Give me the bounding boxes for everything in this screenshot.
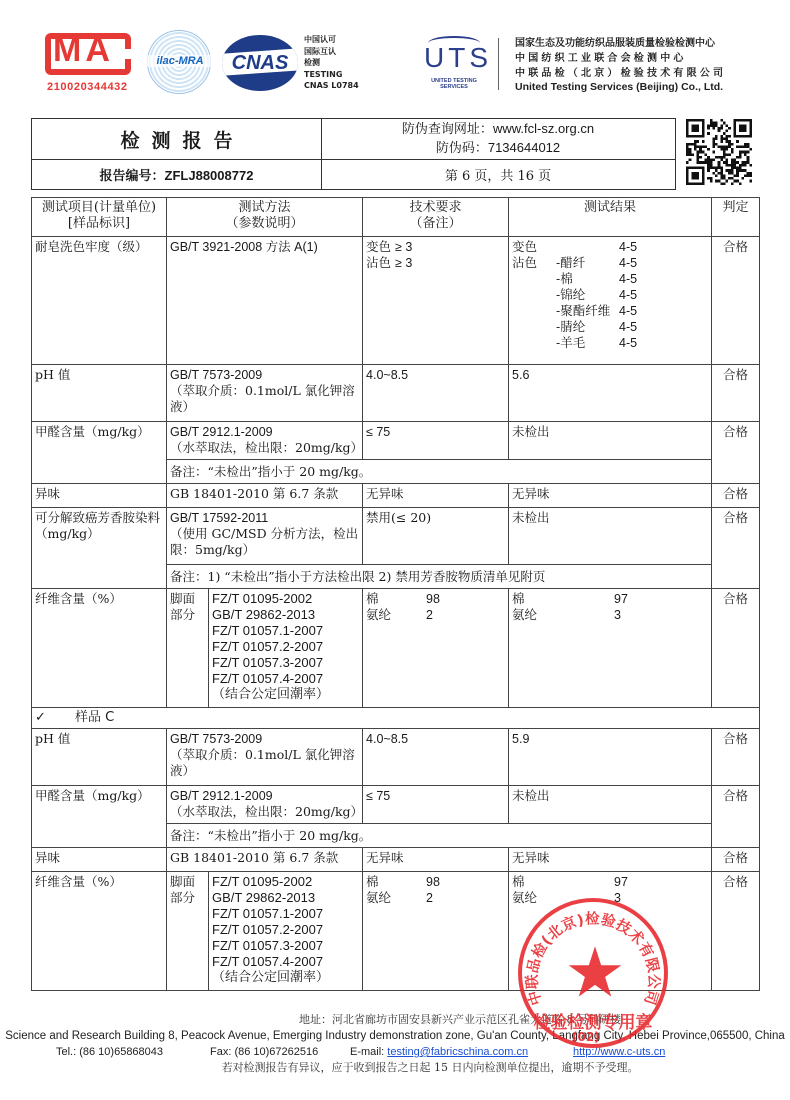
result: 5.6 xyxy=(509,365,712,422)
test-item: 异味 xyxy=(32,484,167,508)
website-link[interactable]: http://www.c-uts.cn xyxy=(573,1044,665,1060)
fiber-percent: 3 xyxy=(614,890,621,906)
result-line: 变色4-5 xyxy=(512,239,708,255)
table-row: 耐皂洗色牢度（级） GB/T 3921-2008 方法 A(1) 变色 ≥ 3 … xyxy=(32,237,760,365)
verdict: 合格 xyxy=(712,422,760,484)
verdict: 合格 xyxy=(712,365,760,422)
verdict: 合格 xyxy=(712,848,760,872)
result-fiber: -锦纶 xyxy=(556,287,619,303)
fiber-name: 氨纶 xyxy=(512,607,614,623)
verify-url-label: 防伪查询网址： xyxy=(402,122,493,137)
uts-logo-letters: UTS xyxy=(424,42,492,74)
result-grade: 4-5 xyxy=(619,335,637,351)
fiber-percent: 98 xyxy=(426,874,440,890)
fiber-name: 棉 xyxy=(366,874,426,890)
result-category: 变色 xyxy=(512,239,556,255)
result: 变色4-5沾色-醋纤4-5-棉4-5-锦纶4-5-聚酯纤维4-5-腈纶4-5-羊… xyxy=(509,237,712,365)
test-item: pH 值 xyxy=(32,729,167,786)
standard-code: GB/T 29862-2013 xyxy=(212,890,359,906)
result: 未检出 xyxy=(509,508,712,565)
test-item: 可分解致癌芳香胺染料（mg/kg） xyxy=(32,508,167,589)
result-grade: 4-5 xyxy=(619,287,637,303)
fiber-line: 氨纶2 xyxy=(366,607,505,623)
fiber-name: 棉 xyxy=(512,874,614,890)
test-method: GB/T 2912.1-2009（水萃取法，检出限：20mg/kg） xyxy=(167,786,363,824)
result-line: -羊毛4-5 xyxy=(512,335,708,351)
standard-code: FZ/T 01057.2-2007 xyxy=(212,922,359,938)
fax: Fax: (86 10)67262516 xyxy=(210,1044,318,1060)
column-header-test-method: 测试方法（参数说明） xyxy=(167,198,363,237)
report-number-label: 报告编号： xyxy=(100,169,165,184)
standard-code: FZ/T 01057.4-2007 xyxy=(212,954,359,970)
sample-section-header: ✓样品 C xyxy=(32,708,760,729)
standard-code: FZ/T 01057.3-2007 xyxy=(212,655,359,671)
cma-number: 210020344432 xyxy=(47,81,128,93)
standard-note: （结合公定回潮率） xyxy=(212,970,359,986)
ilac-mra-logo: ilac-MRA xyxy=(147,30,211,94)
test-method: GB/T 2912.1-2009（水萃取法，检出限：20mg/kg） xyxy=(167,422,363,460)
table-row: 纤维含量（%） 脚面部分 FZ/T 01095-2002GB/T 29862-2… xyxy=(32,872,760,991)
verdict: 合格 xyxy=(712,484,760,508)
result: 无异味 xyxy=(509,848,712,872)
result-line: 沾色-醋纤4-5 xyxy=(512,255,708,271)
fiber-percent: 97 xyxy=(614,874,628,890)
verdict: 合格 xyxy=(712,729,760,786)
test-method: GB 18401-2010 第 6.7 条款 xyxy=(167,848,363,872)
result: 未检出 xyxy=(509,422,712,460)
table-header-row: 测试项目(计量单位)[样品标识] 测试方法（参数说明） 技术要求（备注） 测试结… xyxy=(32,198,760,237)
cnas-info-line: CNAS L0784 xyxy=(304,80,359,92)
result-grade: 4-5 xyxy=(619,255,637,271)
table-row: 纤维含量（%） 脚面部分 FZ/T 01095-2002GB/T 29862-2… xyxy=(32,589,760,708)
result-grade: 4-5 xyxy=(619,303,637,319)
requirement: 无异味 xyxy=(363,848,509,872)
test-method: FZ/T 01095-2002GB/T 29862-2013FZ/T 01057… xyxy=(209,872,363,991)
fiber-percent: 2 xyxy=(426,890,433,906)
checkmark-icon: ✓ xyxy=(35,710,75,726)
test-item: 耐皂洗色牢度（级） xyxy=(32,237,167,365)
fiber-name: 棉 xyxy=(366,591,426,607)
requirement: 棉98氨纶2 xyxy=(363,589,509,708)
result: 无异味 xyxy=(509,484,712,508)
fiber-percent: 98 xyxy=(426,591,440,607)
table-row: pH 值 GB/T 7573-2009（萃取介质：0.1mol/L 氯化钾溶液）… xyxy=(32,729,760,786)
result-fiber: -腈纶 xyxy=(556,319,619,335)
result-category xyxy=(512,287,556,303)
requirement: 无异味 xyxy=(363,484,509,508)
uts-logo: UTS UNITED TESTING SERVICES xyxy=(420,30,488,96)
sample-c-label: ✓样品 C xyxy=(32,708,760,729)
org-name-line: 中联品检（北京）检验技术有限公司 xyxy=(515,66,726,81)
anti-fake-info: 防伪查询网址：www.fcl-sz.org.cn 防伪码：7134644012 xyxy=(402,120,594,158)
cnas-info-line: 国际互认 xyxy=(304,46,359,58)
telephone: Tel.: (86 10)65868043 xyxy=(56,1044,163,1060)
test-results-table: 测试项目(计量单位)[样品标识] 测试方法（参数说明） 技术要求（备注） 测试结… xyxy=(31,197,760,991)
cma-logo-text: MA xyxy=(53,31,114,70)
fiber-name: 氨纶 xyxy=(512,890,614,906)
result: 棉97氨纶3 xyxy=(509,589,712,708)
result-fiber xyxy=(556,239,619,255)
column-header-result: 测试结果 xyxy=(509,198,712,237)
result-line: -棉4-5 xyxy=(512,271,708,287)
test-item: 甲醛含量（mg/kg） xyxy=(32,422,167,484)
report-number-value: ZFLJ88008772 xyxy=(165,168,254,183)
verdict: 合格 xyxy=(712,786,760,848)
requirement: ≤ 75 xyxy=(363,422,509,460)
fiber-name: 氨纶 xyxy=(366,607,426,623)
verdict: 合格 xyxy=(712,237,760,365)
requirement: 4.0~8.5 xyxy=(363,729,509,786)
sample-part: 脚面部分 xyxy=(167,872,209,991)
logo-divider xyxy=(498,38,499,90)
column-header-requirement: 技术要求（备注） xyxy=(363,198,509,237)
test-item: 纤维含量（%） xyxy=(32,589,167,708)
dispute-notice: 若对检测报告有异议，应于收到报告之日起 15 日内向检测单位提出，逾期不予受理。 xyxy=(0,1060,790,1076)
result: 棉97氨纶3 xyxy=(509,872,712,991)
page-info: 第 6 页，共 16 页 xyxy=(445,165,551,184)
standard-note: （结合公定回潮率） xyxy=(212,687,359,703)
cma-logo: MA 210020344432 xyxy=(45,33,135,95)
fiber-line: 棉98 xyxy=(366,874,505,890)
table-row: pH 值 GB/T 7573-2009（萃取介质：0.1mol/L 氯化钾溶液）… xyxy=(32,365,760,422)
qr-code-icon[interactable] xyxy=(686,119,752,185)
cnas-info-line: TESTING xyxy=(304,69,359,81)
anti-fake-label: 防伪码： xyxy=(436,141,488,156)
fiber-percent: 2 xyxy=(426,607,433,623)
fiber-line: 氨纶3 xyxy=(512,607,708,623)
requirement: ≤ 75 xyxy=(363,786,509,824)
test-method: FZ/T 01095-2002GB/T 29862-2013FZ/T 01057… xyxy=(209,589,363,708)
test-item: pH 值 xyxy=(32,365,167,422)
organization-names: 国家生态及功能纺织品服装质量检验检测中心 中国纺织工业联合会检测中心 中联品检（… xyxy=(515,36,726,93)
standard-code: FZ/T 01057.2-2007 xyxy=(212,639,359,655)
fiber-line: 氨纶3 xyxy=(512,890,708,906)
cnas-logo-text: CNAS xyxy=(222,52,298,75)
result: 5.9 xyxy=(509,729,712,786)
sample-part: 脚面部分 xyxy=(167,589,209,708)
test-item: 异味 xyxy=(32,848,167,872)
remark: 备注：“未检出”指小于 20 mg/kg。 xyxy=(167,824,712,848)
cnas-accreditation-info: 中国认可 国际互认 检测 TESTING CNAS L0784 xyxy=(304,34,359,92)
result-category xyxy=(512,271,556,287)
table-row: 异味 GB 18401-2010 第 6.7 条款 无异味 无异味 合格 xyxy=(32,848,760,872)
verdict: 合格 xyxy=(712,872,760,991)
cnas-info-line: 中国认可 xyxy=(304,34,359,46)
test-method: GB/T 3921-2008 方法 A(1) xyxy=(167,237,363,365)
standard-code: FZ/T 01057.4-2007 xyxy=(212,671,359,687)
remark: 备注：1) “未检出”指小于方法检出限 2) 禁用芳香胺物质清单见附页 xyxy=(167,565,712,589)
standard-code: FZ/T 01057.3-2007 xyxy=(212,938,359,954)
fiber-percent: 3 xyxy=(614,607,621,623)
result-line: -聚酯纤维4-5 xyxy=(512,303,708,319)
verify-url-link[interactable]: www.fcl-sz.org.cn xyxy=(493,121,594,136)
result-fiber: -聚酯纤维 xyxy=(556,303,619,319)
uts-logo-subtitle: UNITED TESTING SERVICES xyxy=(420,78,488,90)
result-grade: 4-5 xyxy=(619,239,637,255)
standard-code: FZ/T 01095-2002 xyxy=(212,874,359,890)
result-line: -锦纶4-5 xyxy=(512,287,708,303)
requirement: 4.0~8.5 xyxy=(363,365,509,422)
test-method: GB/T 7573-2009（萃取介质：0.1mol/L 氯化钾溶液） xyxy=(167,365,363,422)
address-en: Science and Research Building 8, Peacock… xyxy=(0,1028,790,1044)
result-fiber: -羊毛 xyxy=(556,335,619,351)
standard-code: FZ/T 01057.1-2007 xyxy=(212,906,359,922)
fiber-name: 氨纶 xyxy=(366,890,426,906)
ilac-logo-text: ilac-MRA xyxy=(144,55,216,67)
result: 未检出 xyxy=(509,786,712,824)
result-category: 沾色 xyxy=(512,255,556,271)
column-header-test-item: 测试项目(计量单位)[样品标识] xyxy=(32,198,167,237)
result-category xyxy=(512,303,556,319)
fiber-line: 氨纶2 xyxy=(366,890,505,906)
result-category xyxy=(512,319,556,335)
logo-header: MA 210020344432 ilac-MRA CNAS 中国认可 国际互认 … xyxy=(0,0,790,110)
fiber-line: 棉97 xyxy=(512,874,708,890)
report-header-box: 检测报告 防伪查询网址：www.fcl-sz.org.cn 防伪码：713464… xyxy=(31,118,676,190)
result-category xyxy=(512,335,556,351)
standard-code: FZ/T 01095-2002 xyxy=(212,591,359,607)
test-item: 纤维含量（%） xyxy=(32,872,167,991)
page-footer: 地址：河北省廊坊市固安县新兴产业示范区孔雀大道临 8 号科研楼 Science … xyxy=(0,1012,790,1076)
email-label: E-mail: xyxy=(350,1046,387,1058)
test-method: GB/T 7573-2009（萃取介质：0.1mol/L 氯化钾溶液） xyxy=(167,729,363,786)
standard-code: GB/T 29862-2013 xyxy=(212,607,359,623)
table-row: 甲醛含量（mg/kg） GB/T 2912.1-2009（水萃取法，检出限：20… xyxy=(32,422,760,460)
table-row: 异味 GB 18401-2010 第 6.7 条款 无异味 无异味 合格 xyxy=(32,484,760,508)
table-row: 甲醛含量（mg/kg） GB/T 2912.1-2009（水萃取法，检出限：20… xyxy=(32,786,760,824)
column-header-verdict: 判定 xyxy=(712,198,760,237)
standard-code: FZ/T 01057.1-2007 xyxy=(212,623,359,639)
org-name-english: United Testing Services (Beijing) Co., L… xyxy=(515,81,726,93)
result-grade: 4-5 xyxy=(619,319,637,335)
report-number: 报告编号：ZFLJ88008772 xyxy=(100,165,254,184)
result-fiber: -醋纤 xyxy=(556,255,619,271)
requirement: 棉98氨纶2 xyxy=(363,872,509,991)
address-cn: 地址：河北省廊坊市固安县新兴产业示范区孔雀大道临 8 号科研楼 xyxy=(0,1012,790,1028)
fiber-line: 棉98 xyxy=(366,591,505,607)
verdict: 合格 xyxy=(712,589,760,708)
fiber-percent: 97 xyxy=(614,591,628,607)
requirement: 变色 ≥ 3 沾色 ≥ 3 xyxy=(363,237,509,365)
table-row: 可分解致癌芳香胺染料（mg/kg） GB/T 17592-2011（使用 GC/… xyxy=(32,508,760,565)
test-item: 甲醛含量（mg/kg） xyxy=(32,786,167,848)
cnas-logo: CNAS xyxy=(222,35,298,91)
email-link[interactable]: testing@fabricschina.com.cn xyxy=(387,1046,528,1058)
fiber-line: 棉97 xyxy=(512,591,708,607)
result-line: -腈纶4-5 xyxy=(512,319,708,335)
verdict: 合格 xyxy=(712,508,760,589)
fiber-name: 棉 xyxy=(512,591,614,607)
org-name-line: 中国纺织工业联合会检测中心 xyxy=(515,51,726,66)
contact-line: Tel.: (86 10)65868043 Fax: (86 10)672625… xyxy=(0,1044,790,1060)
remark: 备注：“未检出”指小于 20 mg/kg。 xyxy=(167,460,712,484)
anti-fake-code: 7134644012 xyxy=(488,140,560,155)
test-method: GB 18401-2010 第 6.7 条款 xyxy=(167,484,363,508)
requirement: 禁用(≤ 20) xyxy=(363,508,509,565)
report-title: 检测报告 xyxy=(108,126,244,153)
test-method: GB/T 17592-2011（使用 GC/MSD 分析方法，检出限：5mg/k… xyxy=(167,508,363,565)
result-grade: 4-5 xyxy=(619,271,637,287)
cnas-info-line: 检测 xyxy=(304,57,359,69)
org-name-line: 国家生态及功能纺织品服装质量检验检测中心 xyxy=(515,36,726,51)
result-fiber: -棉 xyxy=(556,271,619,287)
